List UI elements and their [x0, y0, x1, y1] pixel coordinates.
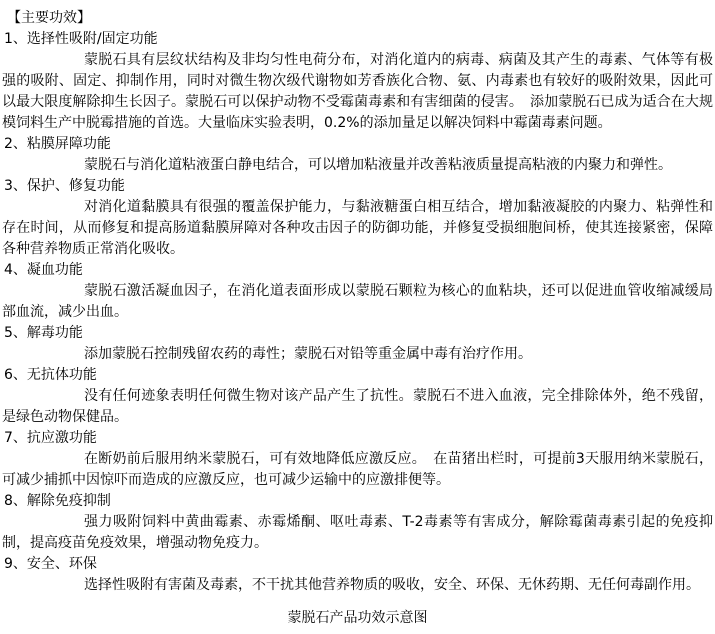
section-1-body: 蒙脱石具有层纹状结构及非均匀性电荷分布，对消化道内的病毒、病菌及其产生的毒素、气… [2, 50, 713, 134]
section-3: 3、保护、修复功能 对消化道黏膜具有很强的覆盖保护能力，与黏液糖蛋白相互结合，增… [2, 176, 713, 260]
section-2-body: 蒙脱石与消化道粘液蛋白静电结合，可以增加粘液量并改善粘液质量提高粘液的内聚力和弹… [2, 155, 713, 176]
section-6-body: 没有任何迹象表明任何微生物对该产品产生了抗性。蒙脱石不进入血液，完全排除体外，绝… [2, 386, 713, 428]
section-1: 1、选择性吸附/固定功能 蒙脱石具有层纹状结构及非均匀性电荷分布，对消化道内的病… [2, 29, 713, 134]
section-4-heading: 4、凝血功能 [2, 260, 713, 281]
section-9-heading: 9、安全、环保 [2, 554, 713, 575]
section-9-body: 选择性吸附有害菌及毒素，不干扰其他营养物质的吸收，安全、环保、无休药期、无任何毒… [2, 575, 713, 596]
section-5-body: 添加蒙脱石控制残留农药的毒性；蒙脱石对铅等重金属中毒有治疗作用。 [2, 344, 713, 365]
section-5-heading: 5、解毒功能 [2, 323, 713, 344]
section-6: 6、无抗体功能 没有任何迹象表明任何微生物对该产品产生了抗性。蒙脱石不进入血液，… [2, 365, 713, 428]
section-5: 5、解毒功能 添加蒙脱石控制残留农药的毒性；蒙脱石对铅等重金属中毒有治疗作用。 [2, 323, 713, 365]
section-6-heading: 6、无抗体功能 [2, 365, 713, 386]
section-2-heading: 2、粘膜屏障功能 [2, 134, 713, 155]
section-8-heading: 8、解除免疫抑制 [2, 491, 713, 512]
section-3-body: 对消化道黏膜具有很强的覆盖保护能力，与黏液糖蛋白相互结合，增加黏液凝胶的内聚力、… [2, 197, 713, 260]
section-4-body: 蒙脱石激活凝血因子，在消化道表面形成以蒙脱石颗粒为核心的血粘块，还可以促进血管收… [2, 281, 713, 323]
section-9: 9、安全、环保 选择性吸附有害菌及毒素，不干扰其他营养物质的吸收，安全、环保、无… [2, 554, 713, 596]
section-8-body: 强力吸附饲料中黄曲霉素、赤霉烯酮、呕吐毒素、T-2毒素等有害成分，解除霉菌毒素引… [2, 512, 713, 554]
section-7-body: 在断奶前后服用纳米蒙脱石，可有效地降低应激反应。 在苗猪出栏时，可提前3天服用纳… [2, 449, 713, 491]
section-1-heading: 1、选择性吸附/固定功能 [2, 29, 713, 50]
section-4: 4、凝血功能 蒙脱石激活凝血因子，在消化道表面形成以蒙脱石颗粒为核心的血粘块，还… [2, 260, 713, 323]
section-7: 7、抗应激功能 在断奶前后服用纳米蒙脱石，可有效地降低应激反应。 在苗猪出栏时，… [2, 428, 713, 491]
document-page: 【主要功效】 1、选择性吸附/固定功能 蒙脱石具有层纹状结构及非均匀性电荷分布，… [0, 0, 715, 634]
section-7-heading: 7、抗应激功能 [2, 428, 713, 449]
page-title: 【主要功效】 [2, 8, 713, 29]
figure-caption: 蒙脱石产品功效示意图 [2, 608, 713, 629]
section-8: 8、解除免疫抑制 强力吸附饲料中黄曲霉素、赤霉烯酮、呕吐毒素、T-2毒素等有害成… [2, 491, 713, 554]
section-3-heading: 3、保护、修复功能 [2, 176, 713, 197]
section-2: 2、粘膜屏障功能 蒙脱石与消化道粘液蛋白静电结合，可以增加粘液量并改善粘液质量提… [2, 134, 713, 176]
